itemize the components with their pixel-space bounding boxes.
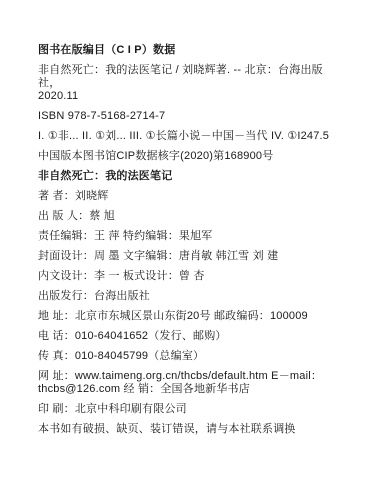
publisher-line: 出版发行：台海出版社	[38, 290, 336, 303]
cip-registry-number: 中国版本图书馆CIP数据核字(2020)第168900号	[38, 150, 336, 163]
address-line: 地 址：北京市东城区景山东街20号 邮政编码：100009	[38, 310, 336, 323]
cover-design-line: 封面设计：周 墨 文字编辑：唐肖敏 韩江雪 刘 建	[38, 250, 336, 263]
copyright-page: 图书在版编目（C I P）数据 非自然死亡：我的法医笔记 / 刘晓辉著. -- …	[0, 0, 370, 480]
publisher-person-line: 出 版 人：蔡 旭	[38, 210, 336, 223]
classification-line: I. ①非... II. ①刘... III. ①长篇小说－中国－当代 IV. …	[38, 130, 336, 143]
editors-line: 责任编辑：王 萍 特约编辑：果旭军	[38, 230, 336, 243]
book-title: 非自然死亡：我的法医笔记	[38, 170, 336, 183]
cip-description-line1: 非自然死亡：我的法医笔记 / 刘晓辉著. -- 北京：台海出版社，	[38, 64, 336, 90]
fax-line: 传 真：010-84045799（总编室）	[38, 350, 336, 363]
website-line: 网 址：www.taimeng.org.cn/thcbs/default.htm…	[38, 370, 336, 396]
cip-description: 非自然死亡：我的法医笔记 / 刘晓辉著. -- 北京：台海出版社， 2020.1…	[38, 64, 336, 103]
damage-notice: 本书如有破损、缺页、装订错误，请与本社联系调换	[38, 423, 336, 436]
website-line2: thcbs@126.com 经 销：全国各地新华书店	[38, 383, 336, 396]
phone-line: 电 话：010-64041652（发行、邮购）	[38, 330, 336, 343]
isbn-line: ISBN 978-7-5168-2714-7	[38, 110, 336, 123]
cip-header: 图书在版编目（C I P）数据	[38, 44, 336, 57]
cip-description-line2: 2020.11	[38, 90, 336, 103]
author-line: 著 者：刘晓辉	[38, 190, 336, 203]
interior-design-line: 内文设计：李 一 板式设计：曾 杏	[38, 270, 336, 283]
website-line1: 网 址：www.taimeng.org.cn/thcbs/default.htm…	[38, 370, 336, 383]
printer-line: 印 刷：北京中科印刷有限公司	[38, 403, 336, 416]
